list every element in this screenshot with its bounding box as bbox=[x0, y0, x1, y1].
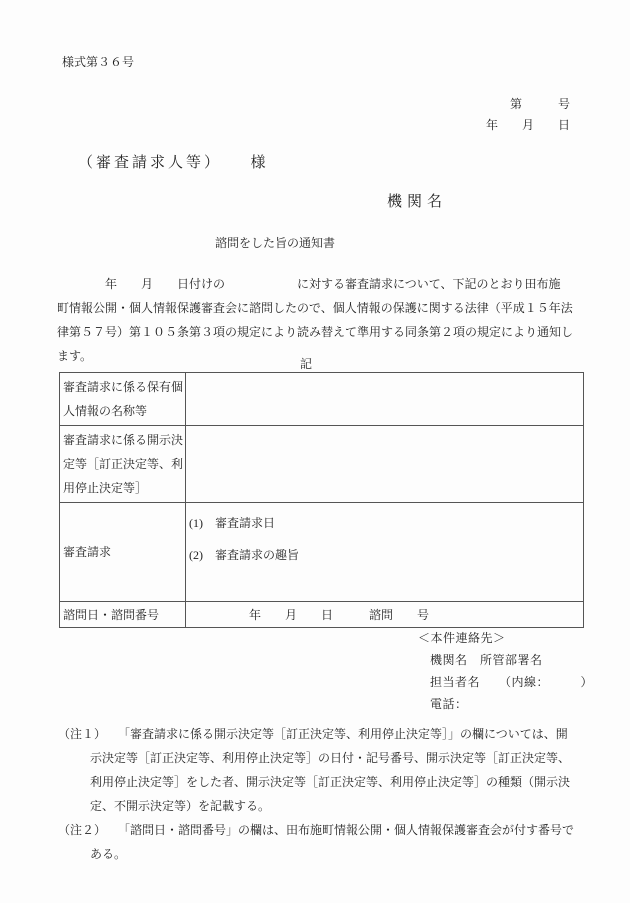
row-value-held-personal-info bbox=[186, 373, 584, 426]
review-request-item-date: (1) 審査請求日 bbox=[189, 511, 580, 535]
row-value-consultation-date-number: 年 月 日 諮問 号 bbox=[186, 602, 584, 628]
table-row: 諮問日・諮問番号 年 月 日 諮問 号 bbox=[60, 602, 584, 628]
document-page: 様式第３６号 第 号 年 月 日 （審査請求人等） 様 機関名 諮問をした旨の通… bbox=[0, 0, 630, 903]
addressee-line: （審査請求人等） 様 bbox=[78, 155, 269, 172]
form-number: 様式第３６号 bbox=[62, 55, 134, 70]
date-line: 年 月 日 bbox=[486, 115, 570, 136]
agency-name: 機関名 bbox=[387, 194, 447, 211]
row-header-held-personal-info: 審査請求に係る保有個 人情報の名称等 bbox=[60, 373, 186, 426]
doc-number-date-block: 第 号 年 月 日 bbox=[486, 94, 570, 136]
row-value-disclosure-decision bbox=[186, 426, 584, 503]
row-header-consultation-date-number: 諮問日・諮問番号 bbox=[60, 602, 186, 628]
note-1: （注１） 「審査請求に係る開示決定等［訂正決定等、利用停止決定等］」の欄について… bbox=[58, 722, 618, 818]
table-row: 審査請求 (1) 審査請求日 (2) 審査請求の趣旨 bbox=[60, 503, 584, 602]
contact-agency-line: 機関名 所管部署名 bbox=[430, 649, 593, 671]
review-request-item-purport: (2) 審査請求の趣旨 bbox=[189, 543, 580, 567]
row-header-disclosure-decision: 審査請求に係る開示決 定等［訂正決定等、利 用停止決定等］ bbox=[60, 426, 186, 503]
row-header-review-request: 審査請求 bbox=[60, 503, 186, 602]
main-table: 審査請求に係る保有個 人情報の名称等 審査請求に係る開示決 定等［訂正決定等、利… bbox=[59, 372, 584, 628]
body-paragraph: 年 月 日付けの に対する審査請求について、下記のとおり田布施 町情報公開・個人… bbox=[57, 272, 617, 368]
note-2: （注２） 「諮問日・諮問番号」の欄は、田布施町情報公開・個人情報保護審査会が付す… bbox=[58, 818, 618, 866]
contact-block: ＜本件連絡先＞ 機関名 所管部署名 担当者名 （内線： ） 電話： bbox=[418, 627, 593, 715]
doc-number-line: 第 号 bbox=[486, 94, 570, 115]
row-value-review-request: (1) 審査請求日 (2) 審査請求の趣旨 bbox=[186, 503, 584, 602]
table-row: 審査請求に係る開示決 定等［訂正決定等、利 用停止決定等］ bbox=[60, 426, 584, 503]
notes-block: （注１） 「審査請求に係る開示決定等［訂正決定等、利用停止決定等］」の欄について… bbox=[58, 722, 618, 866]
table-row: 審査請求に係る保有個 人情報の名称等 bbox=[60, 373, 584, 426]
ki-label: 記 bbox=[300, 357, 312, 372]
contact-phone-line: 電話： bbox=[430, 693, 593, 715]
document-title: 諮問をした旨の通知書 bbox=[215, 236, 335, 251]
contact-person-line: 担当者名 （内線： ） bbox=[430, 671, 593, 693]
contact-heading: ＜本件連絡先＞ bbox=[418, 627, 593, 649]
